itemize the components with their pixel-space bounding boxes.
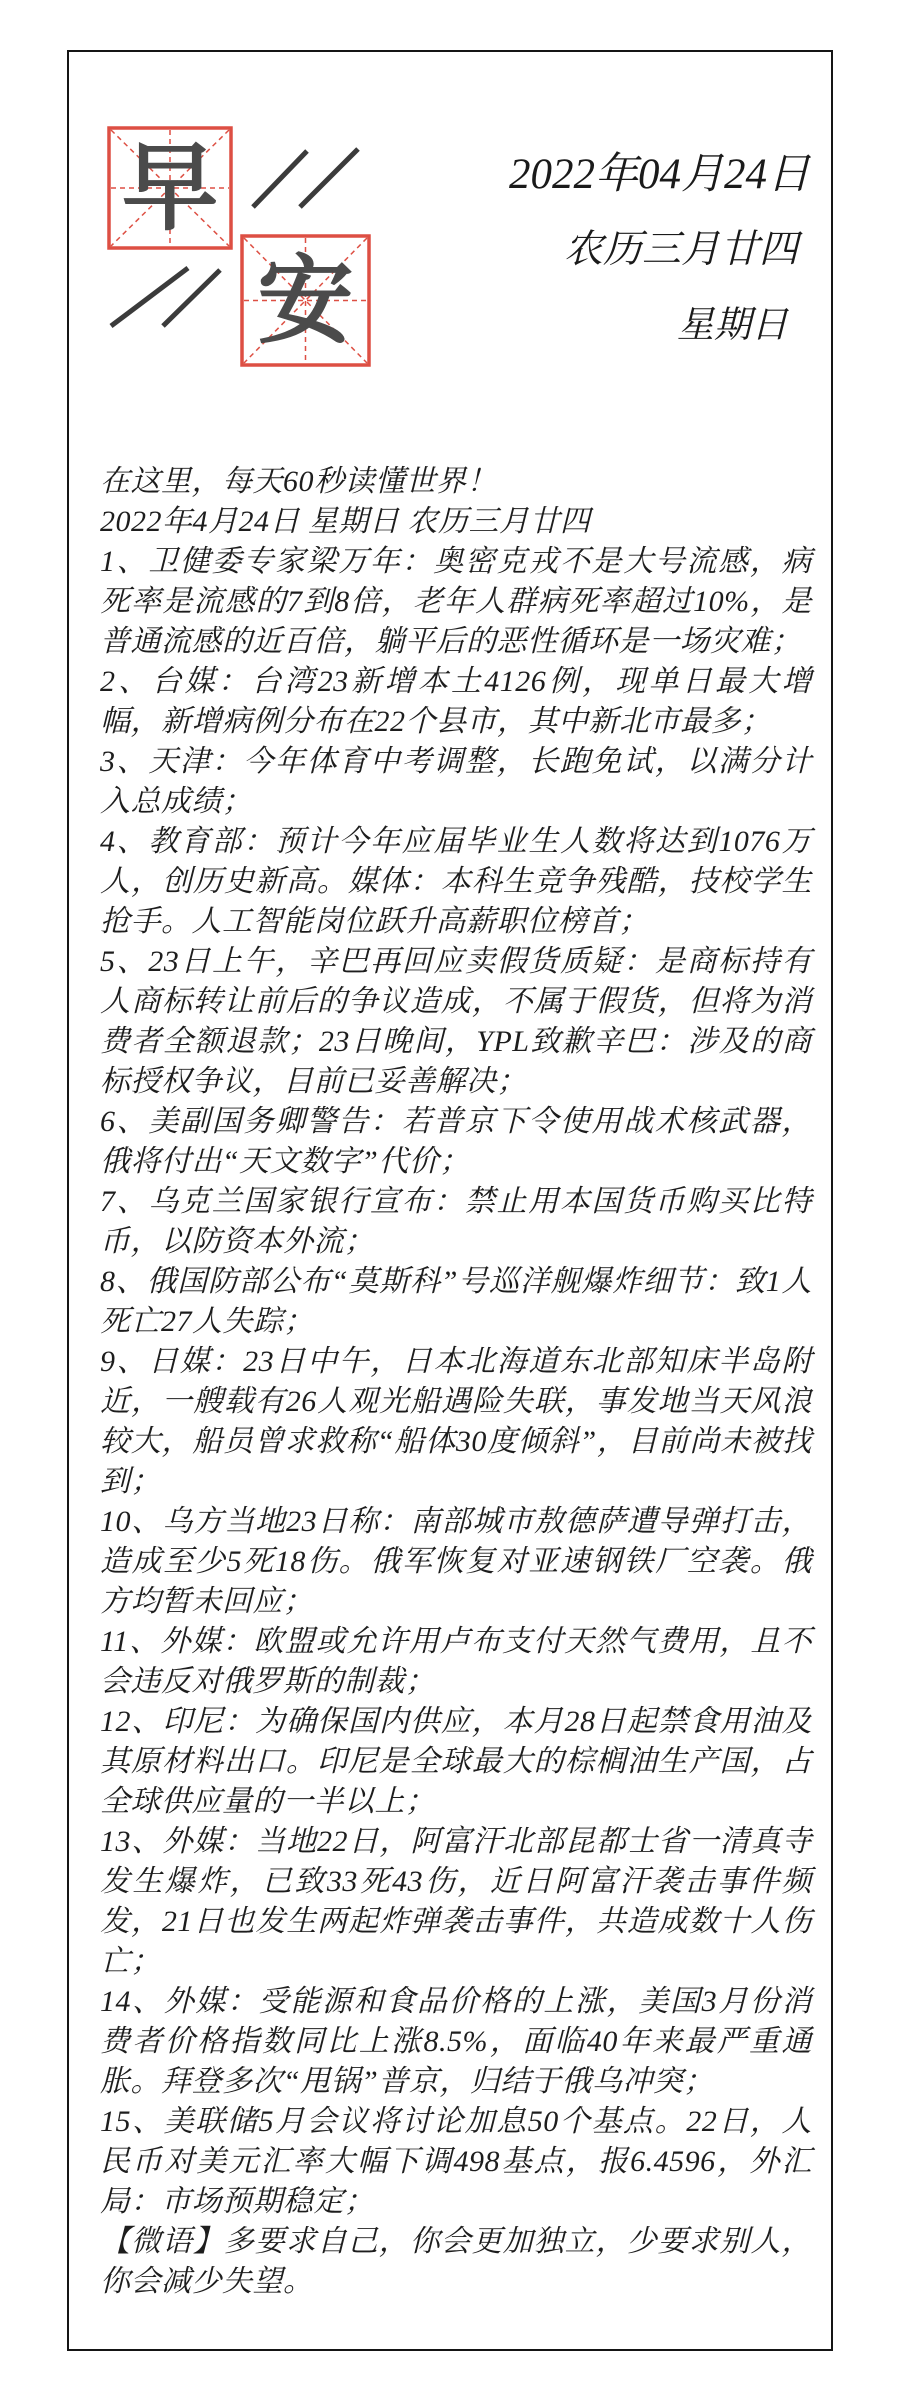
news-item: 3、天津：今年体育中考调整，长跑免试，以满分计入总成绩；: [100, 742, 812, 822]
date-heading: 2022年4月24日 星期日 农历三月廿四: [100, 502, 812, 542]
news-item: 14、外媒：受能源和食品价格的上涨，美国3月份消费者价格指数同比上涨8.5%，面…: [100, 1982, 812, 2102]
date-lunar: 农历三月廿四: [564, 218, 798, 274]
news-item: 15、美联储5月会议将讨论加息50个基点。22日，人民币对美元汇率大幅下调498…: [100, 2102, 812, 2222]
news-item: 1、卫健委专家梁万年：奥密克戎不是大号流感，病死率是流感的7到8倍，老年人群病死…: [100, 542, 812, 662]
double-slash-icon: [108, 264, 224, 330]
weekday: 星期日: [677, 294, 788, 348]
news-item: 2、台媒：台湾23新增本土4126例，现单日最大增幅，新增病例分布在22个县市，…: [100, 662, 812, 742]
news-item: 4、教育部：预计今年应届毕业生人数将达到1076万人，创历史新高。媒体：本科生竞…: [100, 822, 812, 942]
an-character: 安: [240, 234, 371, 367]
news-item: 9、日媒：23日中午，日本北海道东北部知床半岛附近，一艘载有26人观光船遇险失联…: [100, 1342, 812, 1502]
zao-character: 早: [107, 126, 233, 250]
intro-line: 在这里，每天60秒读懂世界！: [100, 462, 812, 502]
news-item: 10、乌方当地23日称：南部城市敖德萨遭导弹打击，造成至少5死18伤。俄军恢复对…: [100, 1502, 812, 1622]
double-slash-icon: [250, 145, 362, 211]
news-item: 5、23日上午，辛巴再回应卖假货质疑：是商标持有人商标转让前后的争议造成，不属于…: [100, 942, 812, 1102]
news-body: 在这里，每天60秒读懂世界！ 2022年4月24日 星期日 农历三月廿四 1、卫…: [100, 462, 812, 2302]
news-item: 6、美副国务卿警告：若普京下令使用战术核武器，俄将付出“天文数字”代价；: [100, 1102, 812, 1182]
an-character-box: 安: [240, 234, 371, 367]
weiyu-quote: 【微语】多要求自己，你会更加独立，少要求别人，你会减少失望。: [100, 2222, 812, 2302]
morning-news-page: 早 安 2022年04月24日 农历三月廿四 星期日 在这里，每天60秒读懂世界…: [0, 0, 900, 2400]
zao-character-box: 早: [107, 126, 233, 250]
news-item: 11、外媒：欧盟或允许用卢布支付天然气费用，且不会违反对俄罗斯的制裁；: [100, 1622, 812, 1702]
news-item: 13、外媒：当地22日，阿富汗北部昆都士省一清真寺发生爆炸，已致33死43伤，近…: [100, 1822, 812, 1982]
news-item: 7、乌克兰国家银行宣布：禁止用本国货币购买比特币，以防资本外流；: [100, 1182, 812, 1262]
news-item: 12、印尼：为确保国内供应，本月28日起禁食用油及其原材料出口。印尼是全球最大的…: [100, 1702, 812, 1822]
date-gregorian: 2022年04月24日: [509, 140, 810, 201]
news-list: 1、卫健委专家梁万年：奥密克戎不是大号流感，病死率是流感的7到8倍，老年人群病死…: [100, 542, 812, 2222]
news-item: 8、俄国防部公布“莫斯科”号巡洋舰爆炸细节：致1人死亡27人失踪；: [100, 1262, 812, 1342]
